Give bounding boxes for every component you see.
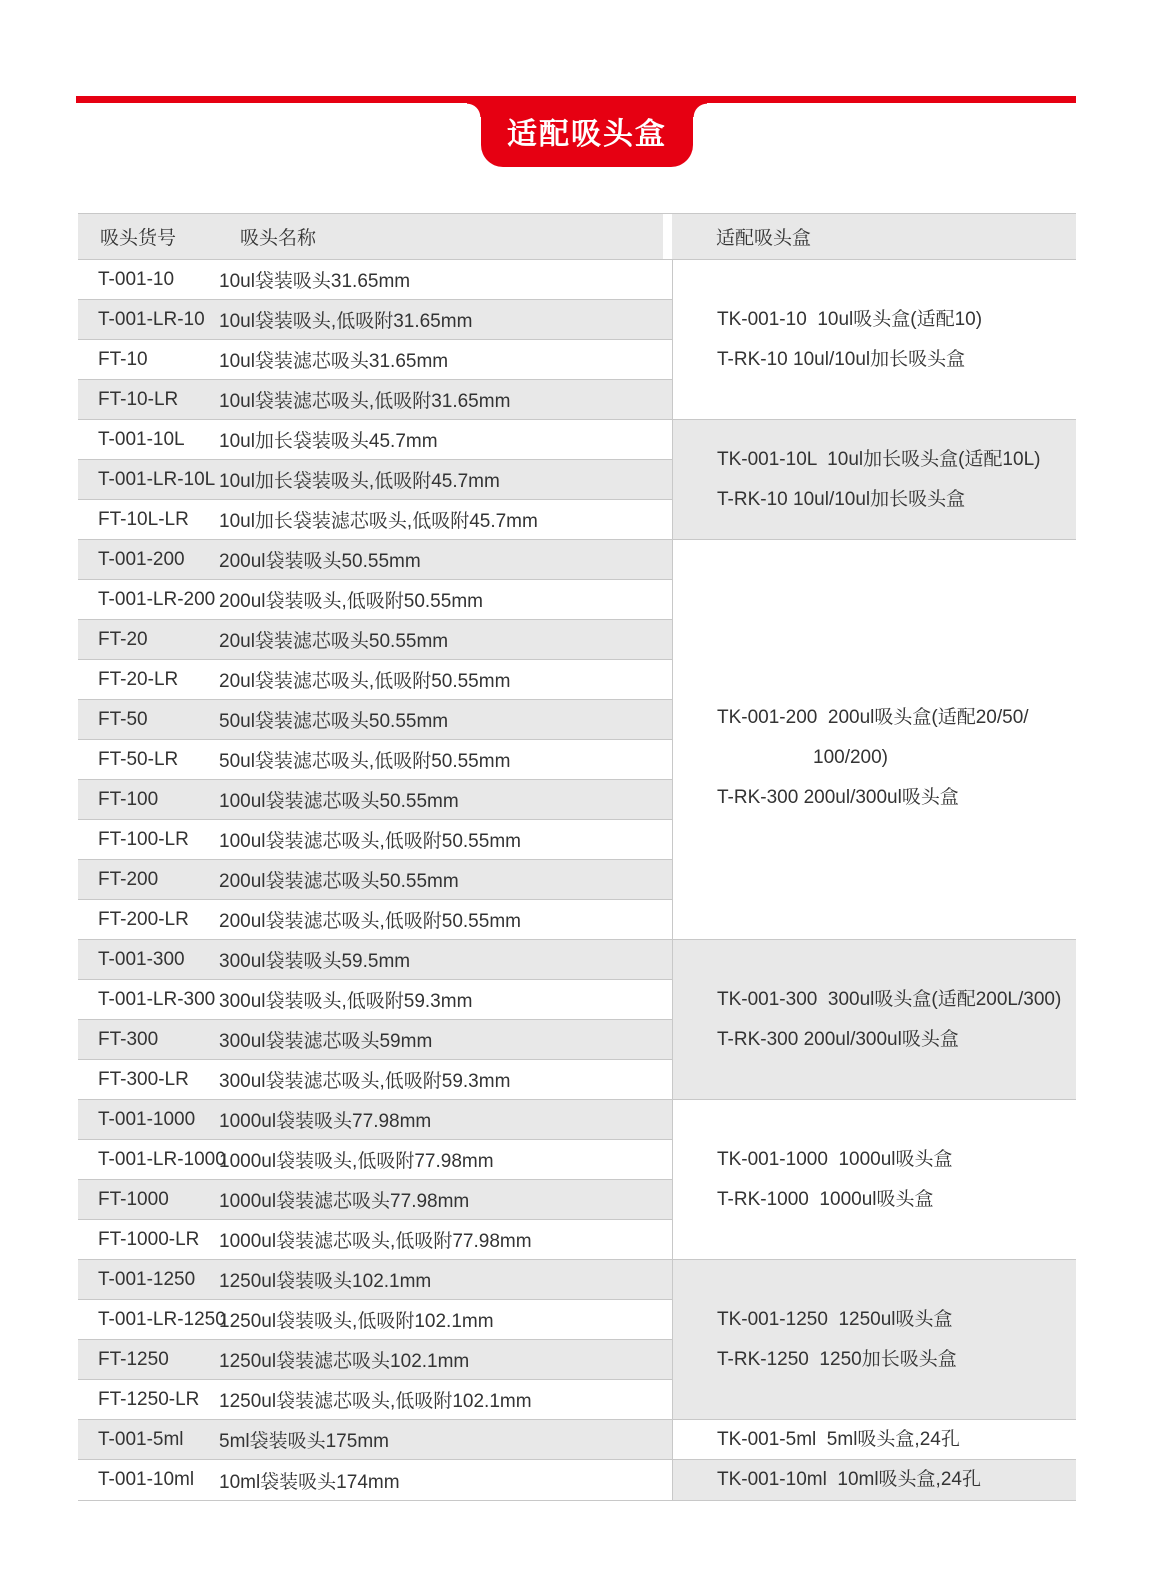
header-box-cell: 适配吸头盒 (672, 214, 1076, 259)
tip-code: FT-200 (78, 869, 219, 891)
tip-code: T-001-LR-300 (78, 989, 219, 1011)
tip-name: 100ul袋装滤芯吸头50.55mm (219, 786, 672, 813)
tip-code: T-001-300 (78, 949, 219, 971)
tip-code: FT-50 (78, 709, 219, 731)
tip-name: 300ul袋装滤芯吸头59mm (219, 1026, 672, 1053)
tip-name: 200ul袋装滤芯吸头,低吸附50.55mm (219, 906, 672, 933)
box-item: T-RK-10 10ul/10ul加长吸头盒 (673, 480, 1076, 520)
header-tip-name: 吸头名称 (240, 223, 316, 250)
table-row: T-001-10L10ul加长袋装吸头45.7mm (78, 420, 672, 460)
table-row: FT-1010ul袋装滤芯吸头31.65mm (78, 340, 672, 380)
tip-code: T-001-10ml (78, 1469, 219, 1491)
tip-code: T-001-LR-200 (78, 589, 219, 611)
tip-name: 200ul袋装吸头,低吸附50.55mm (219, 586, 672, 613)
box-item: TK-001-5ml 5ml吸头盒,24孔 (673, 1420, 1076, 1460)
table-row: FT-10001000ul袋装滤芯吸头77.98mm (78, 1180, 672, 1220)
tip-code: T-001-10L (78, 429, 219, 451)
table-row: T-001-LR-12501250ul袋装吸头,低吸附102.1mm (78, 1300, 672, 1340)
table-row: FT-50-LR50ul袋装滤芯吸头,低吸附50.55mm (78, 740, 672, 780)
tip-code: FT-20 (78, 629, 219, 651)
tip-name: 300ul袋装吸头,低吸附59.3mm (219, 986, 672, 1013)
banner-tab: 适配吸头盒 (481, 96, 693, 167)
tip-name: 1000ul袋装吸头,低吸附77.98mm (219, 1146, 672, 1173)
page-title: 适配吸头盒 (507, 120, 667, 150)
tip-code: FT-300 (78, 1029, 219, 1051)
box-item: TK-001-1000 1000ul吸头盒 (673, 1140, 1076, 1180)
tip-name: 1250ul袋装滤芯吸头,低吸附102.1mm (219, 1386, 672, 1413)
tip-name: 10ul袋装滤芯吸头,低吸附31.65mm (219, 386, 672, 413)
table-row: T-001-10001000ul袋装吸头77.98mm (78, 1100, 672, 1140)
table-row: FT-2020ul袋装滤芯吸头50.55mm (78, 620, 672, 660)
box-item: TK-001-200 200ul吸头盒(适配20/50/ (673, 698, 1076, 738)
table-row: FT-10-LR10ul袋装滤芯吸头,低吸附31.65mm (78, 380, 672, 420)
box-item: T-RK-300 200ul/300ul吸头盒 (673, 778, 1076, 818)
box-item: T-RK-300 200ul/300ul吸头盒 (673, 1020, 1076, 1060)
box-item: T-RK-10 10ul/10ul加长吸头盒 (673, 340, 1076, 380)
tip-name: 10ul袋装吸头31.65mm (219, 266, 672, 293)
table-row: T-001-LR-200200ul袋装吸头,低吸附50.55mm (78, 580, 672, 620)
table-row: FT-100-LR100ul袋装滤芯吸头,低吸附50.55mm (78, 820, 672, 860)
tip-name: 200ul袋装吸头50.55mm (219, 546, 672, 573)
tip-name: 1250ul袋装滤芯吸头102.1mm (219, 1346, 672, 1373)
box-group: TK-001-300 300ul吸头盒(适配200L/300) T-RK-300… (673, 940, 1076, 1100)
header-divider (663, 214, 672, 259)
table-row: FT-10L-LR10ul加长袋装滤芯吸头,低吸附45.7mm (78, 500, 672, 540)
compatibility-table: 吸头货号 吸头名称 适配吸头盒 T-001-1010ul袋装吸头31.65mm … (78, 213, 1076, 1501)
box-item: T-RK-1250 1250加长吸头盒 (673, 1340, 1076, 1380)
tip-name: 10ul加长袋装滤芯吸头,低吸附45.7mm (219, 506, 672, 533)
tip-code: FT-1250-LR (78, 1389, 219, 1411)
tip-code: T-001-200 (78, 549, 219, 571)
tip-name: 1250ul袋装吸头,低吸附102.1mm (219, 1306, 672, 1333)
table-row: FT-100100ul袋装滤芯吸头50.55mm (78, 780, 672, 820)
box-item: TK-001-300 300ul吸头盒(适配200L/300) (673, 980, 1076, 1020)
header-tip-code: 吸头货号 (78, 223, 240, 250)
table-row: FT-5050ul袋装滤芯吸头50.55mm (78, 700, 672, 740)
table-row: T-001-5ml5ml袋装吸头175mm (78, 1420, 672, 1460)
tip-name: 10ul袋装滤芯吸头31.65mm (219, 346, 672, 373)
table-row: T-001-LR-1010ul袋装吸头,低吸附31.65mm (78, 300, 672, 340)
tip-code: FT-300-LR (78, 1069, 219, 1091)
tip-code: FT-100 (78, 789, 219, 811)
table-row: T-001-200200ul袋装吸头50.55mm (78, 540, 672, 580)
tip-name: 10ul加长袋装吸头,低吸附45.7mm (219, 466, 672, 493)
box-group: TK-001-5ml 5ml吸头盒,24孔 (673, 1420, 1076, 1460)
page: 适配吸头盒 吸头货号 吸头名称 适配吸头盒 T-001-1010ul袋装吸头31… (0, 0, 1151, 1571)
tip-name: 10ul加长袋装吸头45.7mm (219, 426, 672, 453)
table-row: FT-1000-LR1000ul袋装滤芯吸头,低吸附77.98mm (78, 1220, 672, 1260)
table-row: T-001-LR-10L10ul加长袋装吸头,低吸附45.7mm (78, 460, 672, 500)
tip-name: 1000ul袋装滤芯吸头77.98mm (219, 1186, 672, 1213)
tip-code: FT-10 (78, 349, 219, 371)
tip-code: T-001-LR-1000 (78, 1149, 219, 1171)
tip-name: 50ul袋装滤芯吸头,低吸附50.55mm (219, 746, 672, 773)
tip-code: T-001-LR-1250 (78, 1309, 219, 1331)
table-row: T-001-LR-10001000ul袋装吸头,低吸附77.98mm (78, 1140, 672, 1180)
tip-name: 1000ul袋装吸头77.98mm (219, 1106, 672, 1133)
box-group: TK-001-200 200ul吸头盒(适配20/50/ 100/200) T-… (673, 540, 1076, 940)
tip-name: 20ul袋装滤芯吸头50.55mm (219, 626, 672, 653)
table-header-row: 吸头货号 吸头名称 适配吸头盒 (78, 213, 1076, 260)
box-item: TK-001-1250 1250ul吸头盒 (673, 1300, 1076, 1340)
tip-code: T-001-10 (78, 269, 219, 291)
tip-name: 5ml袋装吸头175mm (219, 1426, 672, 1453)
tip-code: T-001-LR-10L (78, 469, 219, 491)
tip-name: 1000ul袋装滤芯吸头,低吸附77.98mm (219, 1226, 672, 1253)
tip-code: FT-20-LR (78, 669, 219, 691)
table-row: FT-300300ul袋装滤芯吸头59mm (78, 1020, 672, 1060)
box-group: TK-001-10 10ul吸头盒(适配10) T-RK-10 10ul/10u… (673, 260, 1076, 420)
tip-name: 10ml袋装吸头174mm (219, 1467, 672, 1494)
box-group: TK-001-1000 1000ul吸头盒 T-RK-1000 1000ul吸头… (673, 1100, 1076, 1260)
table-row: FT-1250-LR1250ul袋装滤芯吸头,低吸附102.1mm (78, 1380, 672, 1420)
tip-name: 100ul袋装滤芯吸头,低吸附50.55mm (219, 826, 672, 853)
tip-code: FT-1000-LR (78, 1229, 219, 1251)
tip-code: T-001-1000 (78, 1109, 219, 1131)
box-item: TK-001-10ml 10ml吸头盒,24孔 (673, 1460, 1076, 1500)
tip-rows-column: T-001-1010ul袋装吸头31.65mm T-001-LR-1010ul袋… (78, 260, 672, 1500)
tip-code: T-001-LR-10 (78, 309, 219, 331)
tip-name: 300ul袋装滤芯吸头,低吸附59.3mm (219, 1066, 672, 1093)
table-row: FT-200200ul袋装滤芯吸头50.55mm (78, 860, 672, 900)
tip-name: 10ul袋装吸头,低吸附31.65mm (219, 306, 672, 333)
table-row: FT-300-LR300ul袋装滤芯吸头,低吸附59.3mm (78, 1060, 672, 1100)
table-row: FT-200-LR200ul袋装滤芯吸头,低吸附50.55mm (78, 900, 672, 940)
box-item: TK-001-10L 10ul加长吸头盒(适配10L) (673, 440, 1076, 480)
box-item: TK-001-10 10ul吸头盒(适配10) (673, 300, 1076, 340)
tip-code: FT-1000 (78, 1189, 219, 1211)
table-body: T-001-1010ul袋装吸头31.65mm T-001-LR-1010ul袋… (78, 260, 1076, 1501)
tip-code: FT-1250 (78, 1349, 219, 1371)
tip-name: 200ul袋装滤芯吸头50.55mm (219, 866, 672, 893)
box-item: T-RK-1000 1000ul吸头盒 (673, 1180, 1076, 1220)
header-box-label: 适配吸头盒 (716, 223, 811, 250)
table-row: T-001-300300ul袋装吸头59.5mm (78, 940, 672, 980)
table-row: FT-20-LR20ul袋装滤芯吸头,低吸附50.55mm (78, 660, 672, 700)
table-row: FT-12501250ul袋装滤芯吸头102.1mm (78, 1340, 672, 1380)
tip-code: T-001-5ml (78, 1429, 219, 1451)
box-group: TK-001-10ml 10ml吸头盒,24孔 (673, 1460, 1076, 1500)
tip-name: 1250ul袋装吸头102.1mm (219, 1266, 672, 1293)
tip-name: 300ul袋装吸头59.5mm (219, 946, 672, 973)
header-left-cell: 吸头货号 吸头名称 (78, 214, 663, 259)
table-row: T-001-12501250ul袋装吸头102.1mm (78, 1260, 672, 1300)
tip-code: FT-200-LR (78, 909, 219, 931)
box-groups-column: TK-001-10 10ul吸头盒(适配10) T-RK-10 10ul/10u… (672, 260, 1076, 1500)
tip-code: FT-10-LR (78, 389, 219, 411)
tip-code: FT-100-LR (78, 829, 219, 851)
box-item-continuation: 100/200) (673, 738, 1076, 778)
tip-code: T-001-1250 (78, 1269, 219, 1291)
tip-name: 50ul袋装滤芯吸头50.55mm (219, 706, 672, 733)
table-row: T-001-1010ul袋装吸头31.65mm (78, 260, 672, 300)
tip-code: FT-10L-LR (78, 509, 219, 531)
tip-name: 20ul袋装滤芯吸头,低吸附50.55mm (219, 666, 672, 693)
box-group: TK-001-10L 10ul加长吸头盒(适配10L) T-RK-10 10ul… (673, 420, 1076, 540)
table-row: T-001-10ml10ml袋装吸头174mm (78, 1460, 672, 1500)
tip-code: FT-50-LR (78, 749, 219, 771)
table-row: T-001-LR-300300ul袋装吸头,低吸附59.3mm (78, 980, 672, 1020)
box-group: TK-001-1250 1250ul吸头盒 T-RK-1250 1250加长吸头… (673, 1260, 1076, 1420)
